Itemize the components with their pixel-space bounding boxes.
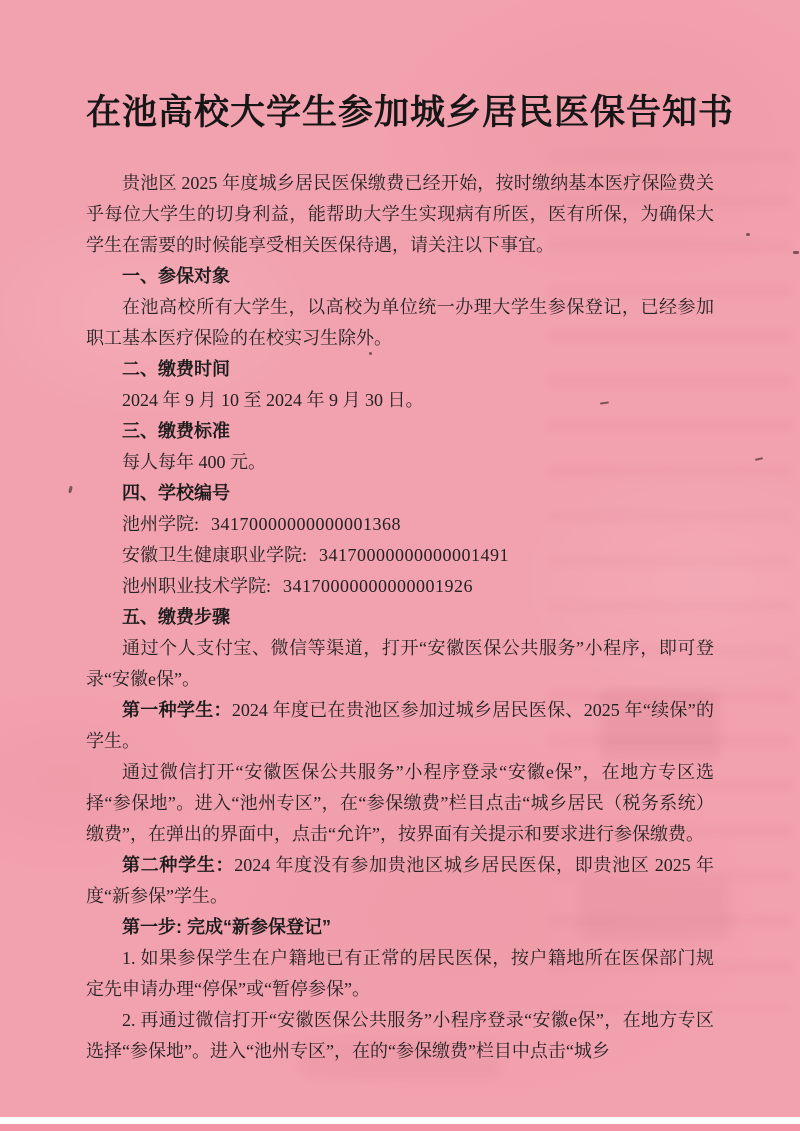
scanned-notice-sheet: 在池高校大学生参加城乡居民医保告知书 贵池区 2025 年度城乡居民医保缴费已经… (0, 0, 800, 1117)
section-1-body: 在池高校所有大学生，以高校为单位统一办理大学生参保登记，已经参加职工基本医疗保险… (86, 292, 714, 354)
section-1-heading: 一、参保对象 (86, 261, 714, 292)
scanner-white-gap (0, 1117, 800, 1124)
section-4-heading: 四、学校编号 (86, 478, 714, 509)
scan-speck (755, 457, 763, 461)
scan-speck (793, 251, 799, 254)
school-name: 池州职业技术学院: (122, 576, 271, 596)
section-5-heading: 五、缴费步骤 (86, 602, 714, 633)
school-name: 安徽卫生健康职业学院: (122, 545, 307, 565)
page-title: 在池高校大学生参加城乡居民医保告知书 (86, 90, 714, 136)
step-1-item-1: 1. 如果参保学生在户籍地已有正常的居民医保，按户籍地所在医保部门规定先申请办理… (86, 943, 714, 1005)
school-code-row: 池州职业技术学院:34170000000000001926 (86, 571, 714, 602)
student-type2-label: 第二种学生： (122, 855, 234, 875)
student-type2-paragraph: 第二种学生：2024 年度没有参加贵池区城乡居民医保，即贵池区 2025 年度“… (86, 850, 714, 912)
school-code: 34170000000000001926 (283, 576, 473, 596)
next-page-edge (0, 1124, 800, 1131)
scan-speck (68, 486, 73, 494)
intro-paragraph: 贵池区 2025 年度城乡居民医保缴费已经开始，按时缴纳基本医疗保险费关乎每位大… (86, 168, 714, 261)
section-3-heading: 三、缴费标准 (86, 416, 714, 447)
notice-content: 在池高校大学生参加城乡居民医保告知书 贵池区 2025 年度城乡居民医保缴费已经… (86, 90, 714, 1067)
student-type1-label: 第一种学生： (122, 700, 232, 720)
school-code: 34170000000000001368 (211, 514, 401, 534)
student-type1-procedure: 通过微信打开“安徽医保公共服务”小程序登录“安徽e保”，在地方专区选择“参保地”… (86, 757, 714, 850)
school-name: 池州学院: (122, 514, 199, 534)
school-code-row: 安徽卫生健康职业学院:34170000000000001491 (86, 540, 714, 571)
section-5-body: 通过个人支付宝、微信等渠道，打开“安徽医保公共服务”小程序，即可登录“安徽e保”… (86, 633, 714, 695)
scan-speck (746, 233, 750, 236)
step-1-heading: 第一步: 完成“新参保登记” (86, 912, 714, 943)
section-2-heading: 二、缴费时间 (86, 354, 714, 385)
school-code-row: 池州学院:34170000000000001368 (86, 509, 714, 540)
student-type1-paragraph: 第一种学生：2024 年度已在贵池区参加过城乡居民医保、2025 年“续保”的学… (86, 695, 714, 757)
section-2-body: 2024 年 9 月 10 至 2024 年 9 月 30 日。 (86, 385, 714, 416)
school-code: 34170000000000001491 (319, 545, 509, 565)
step-1-item-2: 2. 再通过微信打开“安徽医保公共服务”小程序登录“安徽e保”，在地方专区选择“… (86, 1005, 714, 1067)
section-3-body: 每人每年 400 元。 (86, 447, 714, 478)
